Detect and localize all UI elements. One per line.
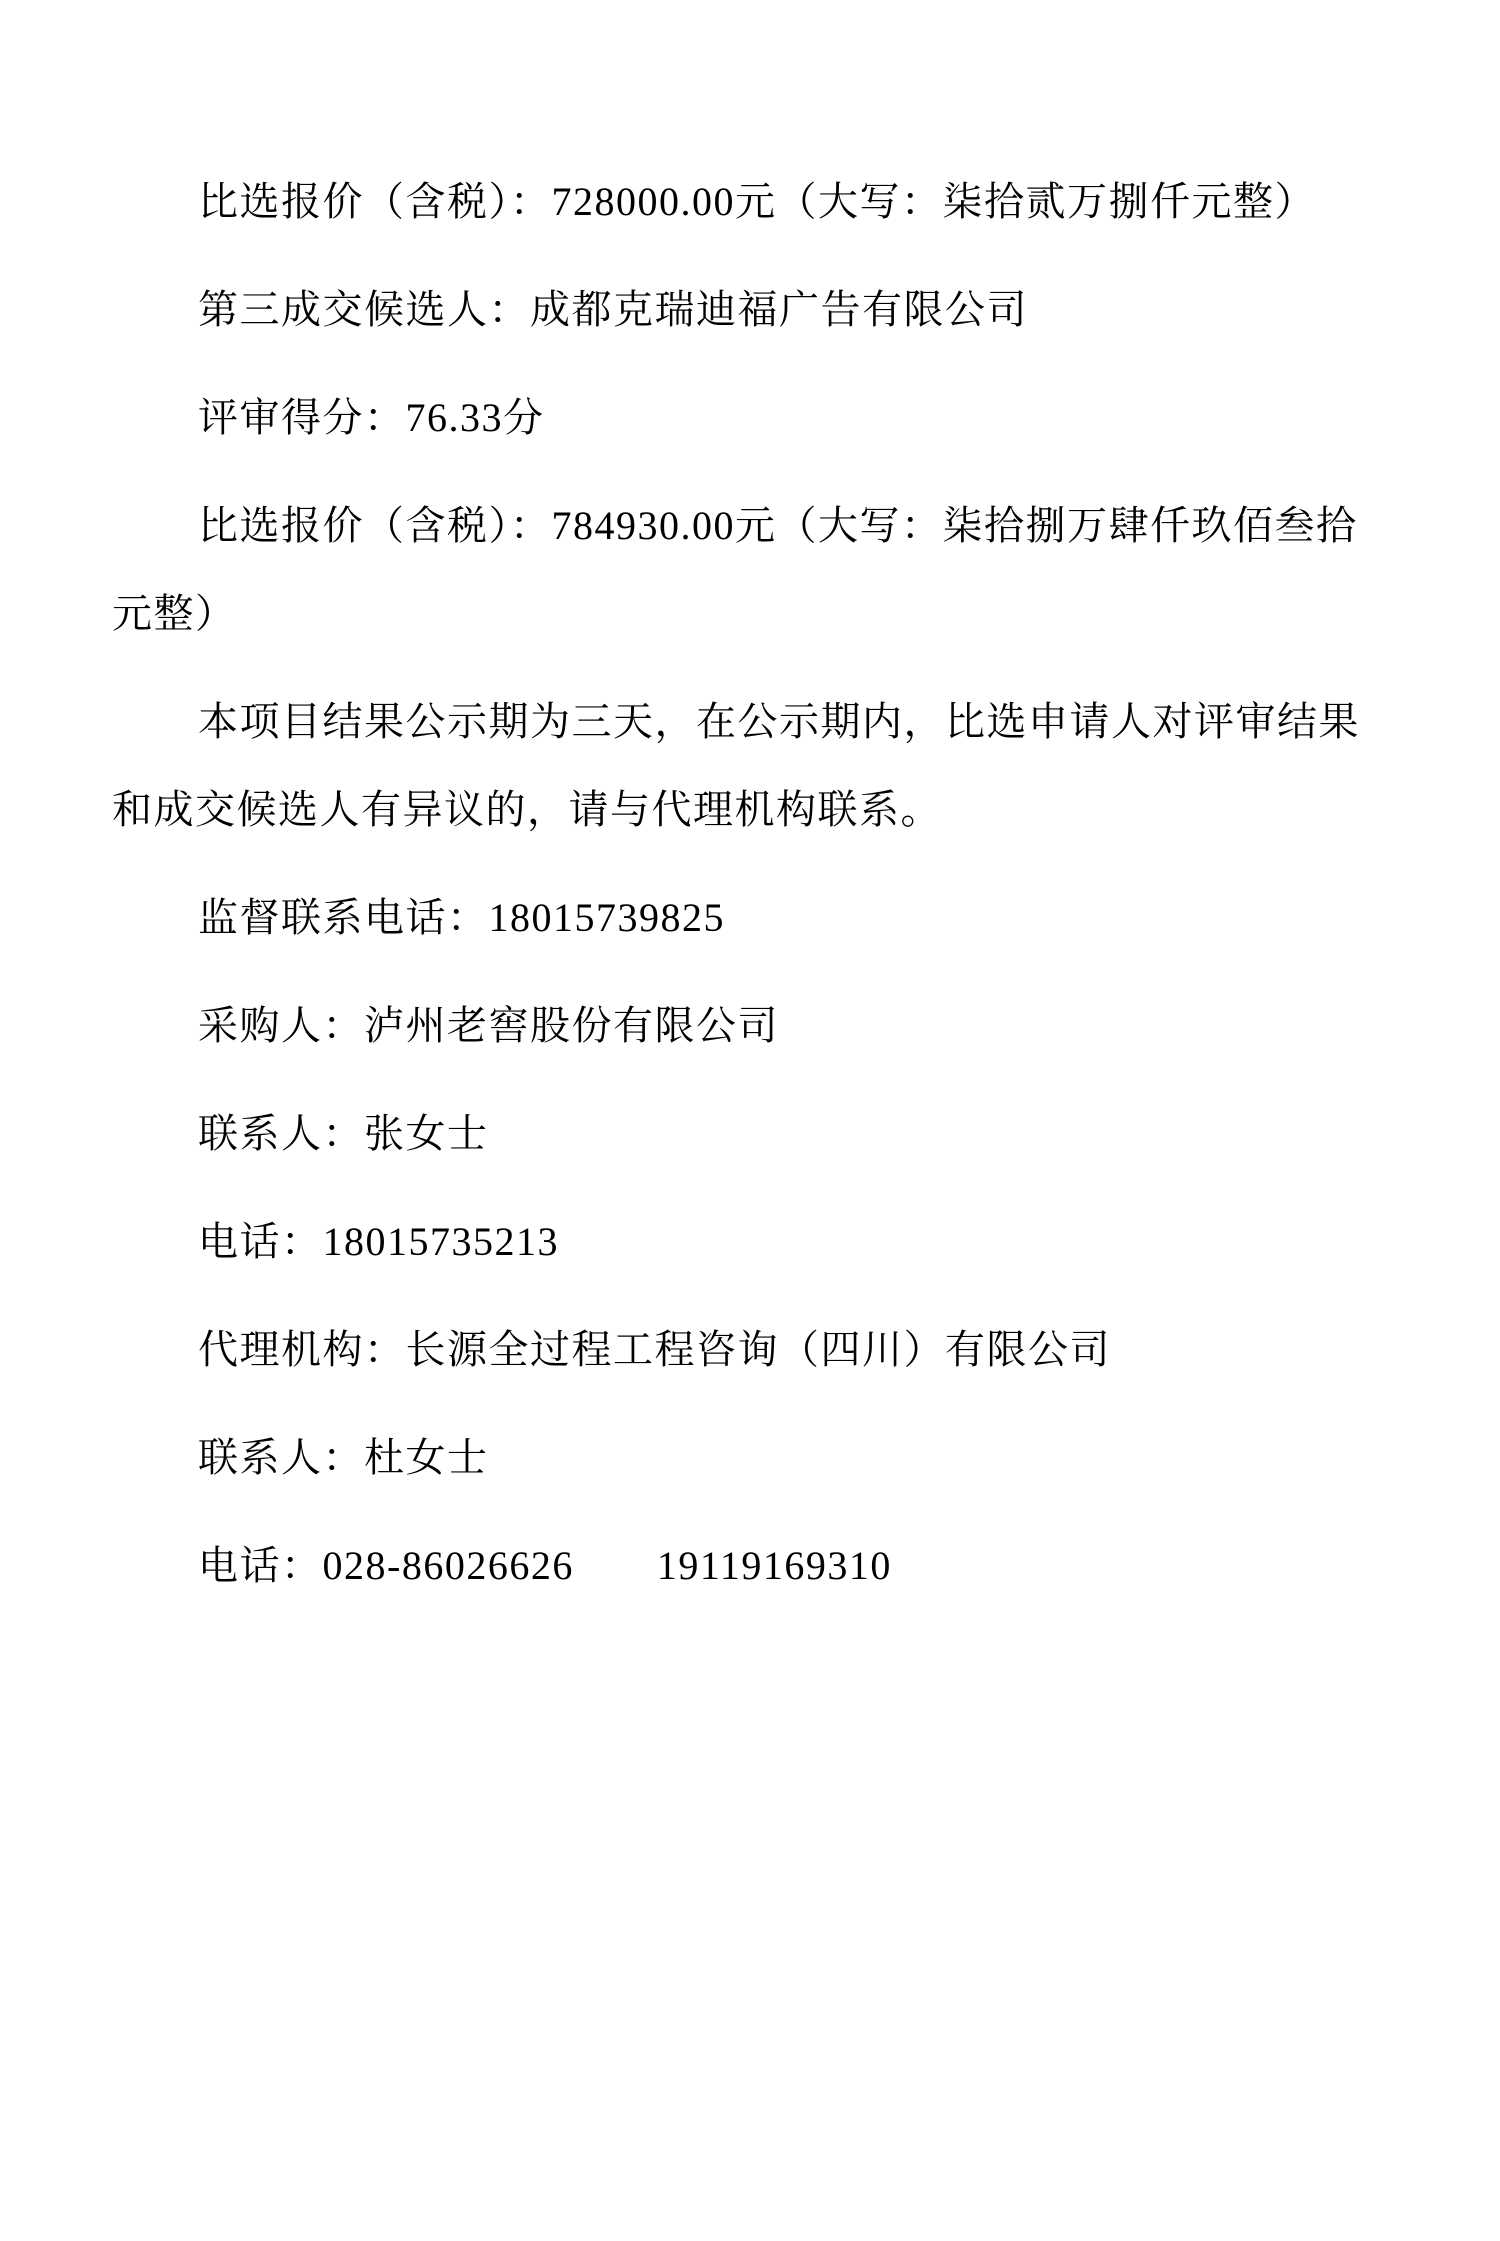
publicity-notice-line-1: 本项目结果公示期为三天，在公示期内，比选申请人对评审结果: [112, 678, 1410, 766]
document-page: 比选报价（含税）：728000.00元（大写：柒拾贰万捌仟元整） 第三成交候选人…: [0, 0, 1500, 2241]
bid-price-second-candidate-line: 比选报价（含税）：728000.00元（大写：柒拾贰万捌仟元整）: [112, 158, 1410, 246]
document-body: 比选报价（含税）：728000.00元（大写：柒拾贰万捌仟元整） 第三成交候选人…: [0, 0, 1500, 1610]
paragraph-review-score: 评审得分：76.33分: [112, 374, 1410, 462]
paragraph-bid-price-third-candidate: 比选报价（含税）：784930.00元（大写：柒拾捌万肆仟玖佰叁拾 元整）: [112, 482, 1410, 658]
paragraph-supervision-phone: 监督联系电话：18015739825: [112, 874, 1410, 962]
paragraph-publicity-notice: 本项目结果公示期为三天，在公示期内，比选申请人对评审结果 和成交候选人有异议的，…: [112, 678, 1410, 854]
review-score-line: 评审得分：76.33分: [112, 374, 1410, 462]
purchaser-line: 采购人：泸州老窖股份有限公司: [112, 982, 1410, 1070]
paragraph-purchaser-phone: 电话：18015735213: [112, 1198, 1410, 1286]
paragraph-third-candidate: 第三成交候选人：成都克瑞迪福广告有限公司: [112, 266, 1410, 354]
supervision-phone-line: 监督联系电话：18015739825: [112, 874, 1410, 962]
paragraph-agency-contact: 联系人：杜女士: [112, 1414, 1410, 1502]
paragraph-agency-phone: 电话：028-86026626 19119169310: [112, 1522, 1410, 1610]
paragraph-bid-price-second-candidate: 比选报价（含税）：728000.00元（大写：柒拾贰万捌仟元整）: [112, 158, 1410, 246]
paragraph-purchaser-contact: 联系人：张女士: [112, 1090, 1410, 1178]
agency-contact-line: 联系人：杜女士: [112, 1414, 1410, 1502]
paragraph-agency: 代理机构：长源全过程工程咨询（四川）有限公司: [112, 1306, 1410, 1394]
bid-price-third-candidate-line-2: 元整）: [112, 570, 1410, 658]
paragraph-purchaser: 采购人：泸州老窖股份有限公司: [112, 982, 1410, 1070]
purchaser-contact-line: 联系人：张女士: [112, 1090, 1410, 1178]
bid-price-third-candidate-line-1: 比选报价（含税）：784930.00元（大写：柒拾捌万肆仟玖佰叁拾: [112, 482, 1410, 570]
agency-phone-line: 电话：028-86026626 19119169310: [112, 1522, 1410, 1610]
publicity-notice-line-2: 和成交候选人有异议的，请与代理机构联系。: [112, 766, 1410, 854]
purchaser-phone-line: 电话：18015735213: [112, 1198, 1410, 1286]
agency-line: 代理机构：长源全过程工程咨询（四川）有限公司: [112, 1306, 1410, 1394]
third-candidate-line: 第三成交候选人：成都克瑞迪福广告有限公司: [112, 266, 1410, 354]
